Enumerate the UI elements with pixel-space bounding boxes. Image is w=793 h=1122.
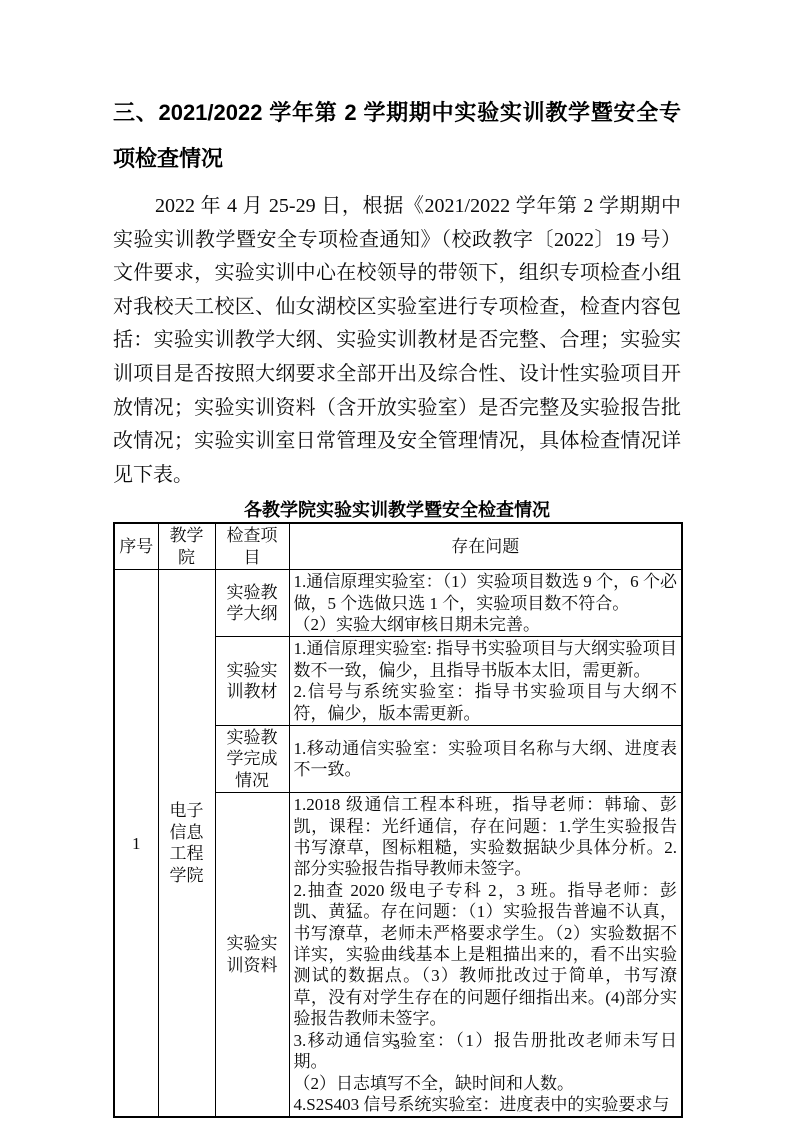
cell-college: 电子信息工程学院: [158, 570, 215, 1118]
cell-item: 实验实训教材: [215, 637, 289, 726]
inspection-table: 序号 教学院 检查项目 存在问题 1 电子信息工程学院 实验教学大纲 1.通信原…: [113, 522, 683, 1118]
col-header-index: 序号: [114, 523, 158, 569]
table-header-row: 序号 教学院 检查项目 存在问题: [114, 523, 682, 569]
section-heading: 三、2021/2022 学年第 2 学期期中实验实训教学暨安全专项检查情况: [113, 90, 681, 182]
cell-item: 实验教学完成情况: [215, 726, 289, 793]
cell-index: 1: [114, 570, 158, 1118]
document-content: 三、2021/2022 学年第 2 学期期中实验实训教学暨安全专项检查情况 20…: [113, 90, 681, 1118]
col-header-college: 教学院: [158, 523, 215, 569]
col-header-issues: 存在问题: [289, 523, 682, 569]
cell-issues: 1.通信原理实验室: 指导书实验项目与大纲实验项目数不一致，偏少，且指导书版本太…: [289, 637, 682, 726]
cell-issues: 1.2018 级通信工程本科班，指导老师：韩瑜、彭凯，课程：光纤通信，存在问题：…: [289, 793, 682, 1118]
document-page: 三、2021/2022 学年第 2 学期期中实验实训教学暨安全专项检查情况 20…: [0, 0, 793, 1122]
intro-paragraph: 2022 年 4 月 25-29 日，根据《2021/2022 学年第 2 学期…: [113, 190, 681, 492]
page-number: 3: [0, 1038, 793, 1054]
table-row: 1 电子信息工程学院 实验教学大纲 1.通信原理实验室：（1）实验项目数选 9 …: [114, 570, 682, 637]
table-caption: 各教学院实验实训教学暨安全检查情况: [113, 498, 681, 522]
cell-issues: 1.通信原理实验室：（1）实验项目数选 9 个，6 个必做，5 个选做只选 1 …: [289, 570, 682, 637]
cell-item: 实验实训资料: [215, 793, 289, 1118]
cell-item: 实验教学大纲: [215, 570, 289, 637]
cell-issues: 1.移动通信实验室：实验项目名称与大纲、进度表不一致。: [289, 726, 682, 793]
col-header-item: 检查项目: [215, 523, 289, 569]
